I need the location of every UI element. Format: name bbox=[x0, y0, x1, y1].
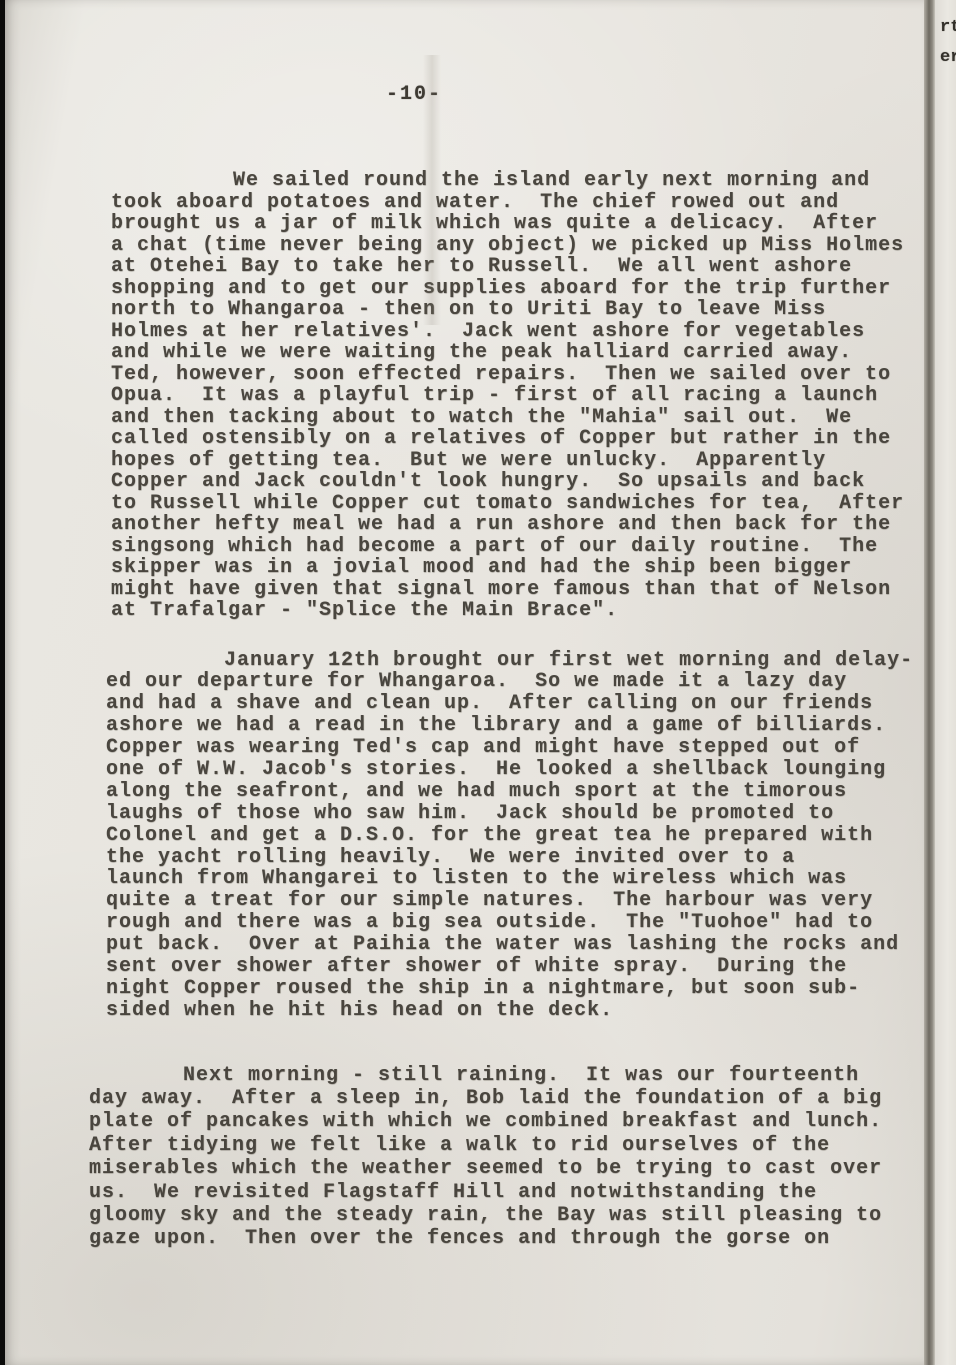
text-line: night Copper roused the ship in a nightm… bbox=[106, 978, 924, 1000]
text-line: plate of pancakes with which we combined… bbox=[89, 1110, 924, 1133]
text-line: and while we were waiting the peak halli… bbox=[111, 342, 924, 364]
text-line: called ostensibly on a relatives of Copp… bbox=[111, 428, 924, 450]
text-line: launch from Whangarei to listen to the w… bbox=[106, 868, 924, 890]
text-line: the yacht rolling heavily. We were invit… bbox=[106, 847, 924, 869]
text-line: at Trafalgar - "Splice the Main Brace". bbox=[111, 600, 924, 622]
text-line: hopes of getting tea. But we were unluck… bbox=[111, 450, 924, 472]
page-edge-shadow bbox=[924, 0, 935, 1365]
text-line: brought us a jar of milk which was quite… bbox=[111, 213, 924, 235]
text-line: Opua. It was a playful trip - first of a… bbox=[111, 385, 924, 407]
adjacent-page-edge: rt er bbox=[935, 0, 956, 1365]
text-line: sent over shower after shower of white s… bbox=[106, 956, 924, 978]
text-line: January 12th brought our first wet morni… bbox=[106, 650, 924, 672]
text-line: After tidying we felt like a walk to rid… bbox=[89, 1134, 924, 1157]
text-line: rough and there was a big sea outside. T… bbox=[106, 912, 924, 934]
text-line: Holmes at her relatives'. Jack went asho… bbox=[111, 321, 924, 343]
text-line: miserables which the weather seemed to b… bbox=[89, 1157, 924, 1180]
text-line: quite a treat for our simple natures. Th… bbox=[106, 890, 924, 912]
text-line: Copper and Jack couldn't look hungry. So… bbox=[111, 471, 924, 493]
paragraph: Next morning - still raining. It was our… bbox=[5, 1064, 924, 1251]
text-line: one of W.W. Jacob's stories. He looked a… bbox=[106, 759, 924, 781]
text-line: skipper was in a jovial mood and had the… bbox=[111, 557, 924, 579]
adjacent-page-text-fragment: er bbox=[940, 48, 956, 67]
text-line: another hefty meal we had a run ashore a… bbox=[111, 514, 924, 536]
text-line: day away. After a sleep in, Bob laid the… bbox=[89, 1087, 924, 1110]
text-line: Colonel and get a D.S.O. for the great t… bbox=[106, 825, 924, 847]
text-line: ashore we had a read in the library and … bbox=[106, 715, 924, 737]
scanned-page: -10- We sailed round the island early ne… bbox=[0, 0, 956, 1365]
text-line: put back. Over at Paihia the water was l… bbox=[106, 934, 924, 956]
page-number: -10- bbox=[386, 83, 442, 106]
text-line: singsong which had become a part of our … bbox=[111, 536, 924, 558]
paper-sheet: -10- We sailed round the island early ne… bbox=[5, 0, 924, 1365]
text-line: Ted, however, soon effected repairs. The… bbox=[111, 364, 924, 386]
paragraph: January 12th brought our first wet morni… bbox=[5, 650, 924, 1022]
text-line: us. We revisited Flagstaff Hill and notw… bbox=[89, 1181, 924, 1204]
text-line: sided when he hit his head on the deck. bbox=[106, 1000, 924, 1022]
text-line: We sailed round the island early next mo… bbox=[111, 170, 924, 192]
text-line: north to Whangaroa - then on to Uriti Ba… bbox=[111, 299, 924, 321]
text-line: Next morning - still raining. It was our… bbox=[89, 1064, 924, 1087]
paragraph: We sailed round the island early next mo… bbox=[5, 170, 924, 622]
text-line: gloomy sky and the steady rain, the Bay … bbox=[89, 1204, 924, 1227]
text-line: and then tacking about to watch the "Mah… bbox=[111, 407, 924, 429]
text-line: and had a shave and clean up. After call… bbox=[106, 693, 924, 715]
adjacent-page-text-fragment: rt bbox=[940, 18, 956, 37]
text-line: gaze upon. Then over the fences and thro… bbox=[89, 1227, 924, 1250]
text-line: along the seafront, and we had much spor… bbox=[106, 781, 924, 803]
text-line: shopping and to get our supplies aboard … bbox=[111, 278, 924, 300]
text-line: laughs of those who saw him. Jack should… bbox=[106, 803, 924, 825]
text-line: a chat (time never being any object) we … bbox=[111, 235, 924, 257]
typewritten-text-block: We sailed round the island early next mo… bbox=[5, 170, 924, 1251]
text-line: ed our departure for Whangaroa. So we ma… bbox=[106, 671, 924, 693]
text-line: Copper was wearing Ted's cap and might h… bbox=[106, 737, 924, 759]
text-line: to Russell while Copper cut tomato sandw… bbox=[111, 493, 924, 515]
text-line: took aboard potatoes and water. The chie… bbox=[111, 192, 924, 214]
text-line: might have given that signal more famous… bbox=[111, 579, 924, 601]
text-line: at Otehei Bay to take her to Russell. We… bbox=[111, 256, 924, 278]
